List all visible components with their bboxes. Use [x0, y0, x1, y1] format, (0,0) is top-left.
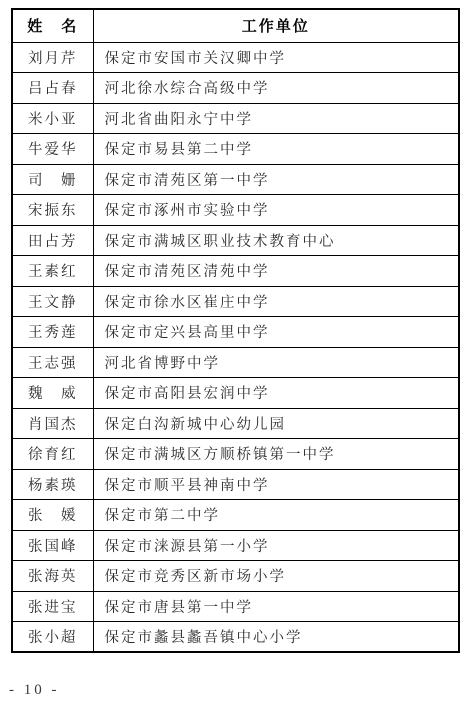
name-cell: 张 媛	[12, 500, 93, 531]
table-row: 宋振东保定市涿州市实验中学	[12, 195, 459, 226]
name-cell: 王文静	[12, 286, 93, 317]
name-cell: 米小亚	[12, 103, 93, 134]
name-cell: 魏 威	[12, 378, 93, 409]
name-cell: 王秀莲	[12, 317, 93, 348]
name-cell: 张海英	[12, 561, 93, 592]
table-row: 吕占春河北徐水综合高级中学	[12, 73, 459, 104]
unit-cell: 保定市定兴县高里中学	[93, 317, 459, 348]
unit-cell: 保定市清苑区清苑中学	[93, 256, 459, 287]
unit-cell: 保定白沟新城中心幼儿园	[93, 408, 459, 439]
table-row: 肖国杰保定白沟新城中心幼儿园	[12, 408, 459, 439]
name-cell: 张进宝	[12, 591, 93, 622]
unit-cell: 保定市满城区方顺桥镇第一中学	[93, 439, 459, 470]
table-body: 刘月芹保定市安国市关汉卿中学吕占春河北徐水综合高级中学米小亚河北省曲阳永宁中学牛…	[12, 42, 459, 652]
unit-cell: 保定市竞秀区新市场小学	[93, 561, 459, 592]
table-row: 杨素瑛保定市顺平县神南中学	[12, 469, 459, 500]
table-row: 王文静保定市徐水区崔庄中学	[12, 286, 459, 317]
unit-cell: 保定市安国市关汉卿中学	[93, 42, 459, 73]
unit-cell: 保定市清苑区第一中学	[93, 164, 459, 195]
roster-table: 姓 名 工作单位 刘月芹保定市安国市关汉卿中学吕占春河北徐水综合高级中学米小亚河…	[11, 8, 460, 653]
unit-cell: 保定市涿州市实验中学	[93, 195, 459, 226]
name-cell: 徐育红	[12, 439, 93, 470]
unit-cell: 河北徐水综合高级中学	[93, 73, 459, 104]
unit-cell: 保定市高阳县宏润中学	[93, 378, 459, 409]
table-row: 王秀莲保定市定兴县高里中学	[12, 317, 459, 348]
table-row: 张国峰保定市涞源县第一小学	[12, 530, 459, 561]
unit-cell: 保定市徐水区崔庄中学	[93, 286, 459, 317]
unit-cell: 保定市蠡县蠡吾镇中心小学	[93, 622, 459, 653]
name-cell: 王素红	[12, 256, 93, 287]
page-number: - 10 -	[9, 682, 60, 699]
table-row: 田占芳保定市满城区职业技术教育中心	[12, 225, 459, 256]
table-header-row: 姓 名 工作单位	[12, 9, 459, 42]
name-cell: 宋振东	[12, 195, 93, 226]
name-cell: 刘月芹	[12, 42, 93, 73]
name-cell: 肖国杰	[12, 408, 93, 439]
table-row: 刘月芹保定市安国市关汉卿中学	[12, 42, 459, 73]
table-row: 魏 威保定市高阳县宏润中学	[12, 378, 459, 409]
table-row: 米小亚河北省曲阳永宁中学	[12, 103, 459, 134]
unit-cell: 保定市满城区职业技术教育中心	[93, 225, 459, 256]
document-page: 姓 名 工作单位 刘月芹保定市安国市关汉卿中学吕占春河北徐水综合高级中学米小亚河…	[0, 0, 471, 714]
table-row: 张小超保定市蠡县蠡吾镇中心小学	[12, 622, 459, 653]
name-cell: 田占芳	[12, 225, 93, 256]
name-cell: 司 姗	[12, 164, 93, 195]
table-row: 王志强河北省博野中学	[12, 347, 459, 378]
name-cell: 牛爱华	[12, 134, 93, 165]
table-row: 张 媛保定市第二中学	[12, 500, 459, 531]
unit-cell: 保定市涞源县第一小学	[93, 530, 459, 561]
unit-cell: 保定市唐县第一中学	[93, 591, 459, 622]
unit-cell: 河北省曲阳永宁中学	[93, 103, 459, 134]
unit-cell: 保定市顺平县神南中学	[93, 469, 459, 500]
table-row: 徐育红保定市满城区方顺桥镇第一中学	[12, 439, 459, 470]
name-cell: 吕占春	[12, 73, 93, 104]
header-name: 姓 名	[12, 9, 93, 42]
name-cell: 杨素瑛	[12, 469, 93, 500]
table-row: 张海英保定市竞秀区新市场小学	[12, 561, 459, 592]
unit-cell: 河北省博野中学	[93, 347, 459, 378]
unit-cell: 保定市第二中学	[93, 500, 459, 531]
name-cell: 张小超	[12, 622, 93, 653]
name-cell: 王志强	[12, 347, 93, 378]
name-cell: 张国峰	[12, 530, 93, 561]
table-row: 张进宝保定市唐县第一中学	[12, 591, 459, 622]
table-row: 牛爱华保定市易县第二中学	[12, 134, 459, 165]
table-row: 司 姗保定市清苑区第一中学	[12, 164, 459, 195]
header-work-unit: 工作单位	[93, 9, 459, 42]
unit-cell: 保定市易县第二中学	[93, 134, 459, 165]
table-row: 王素红保定市清苑区清苑中学	[12, 256, 459, 287]
